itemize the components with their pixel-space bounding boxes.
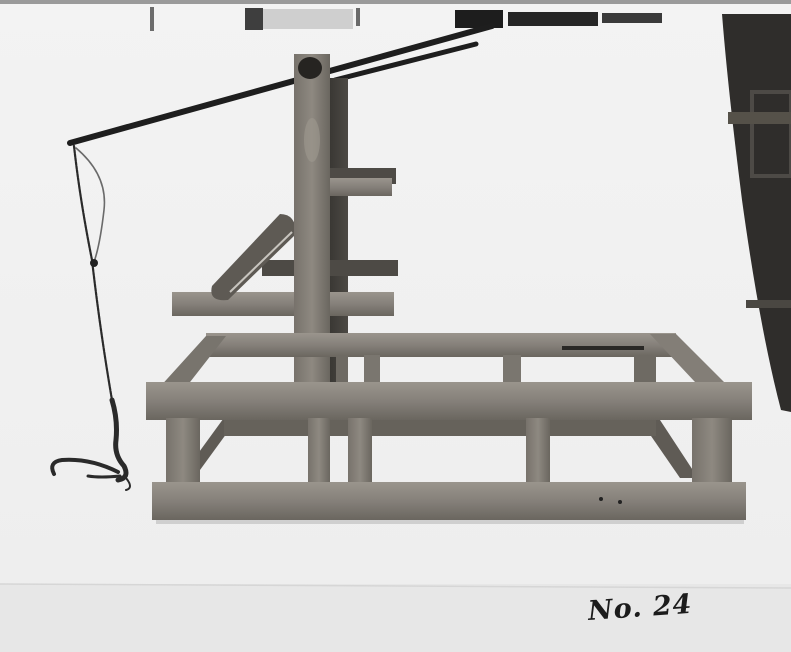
backdrop	[0, 0, 791, 652]
photograph	[0, 0, 791, 652]
